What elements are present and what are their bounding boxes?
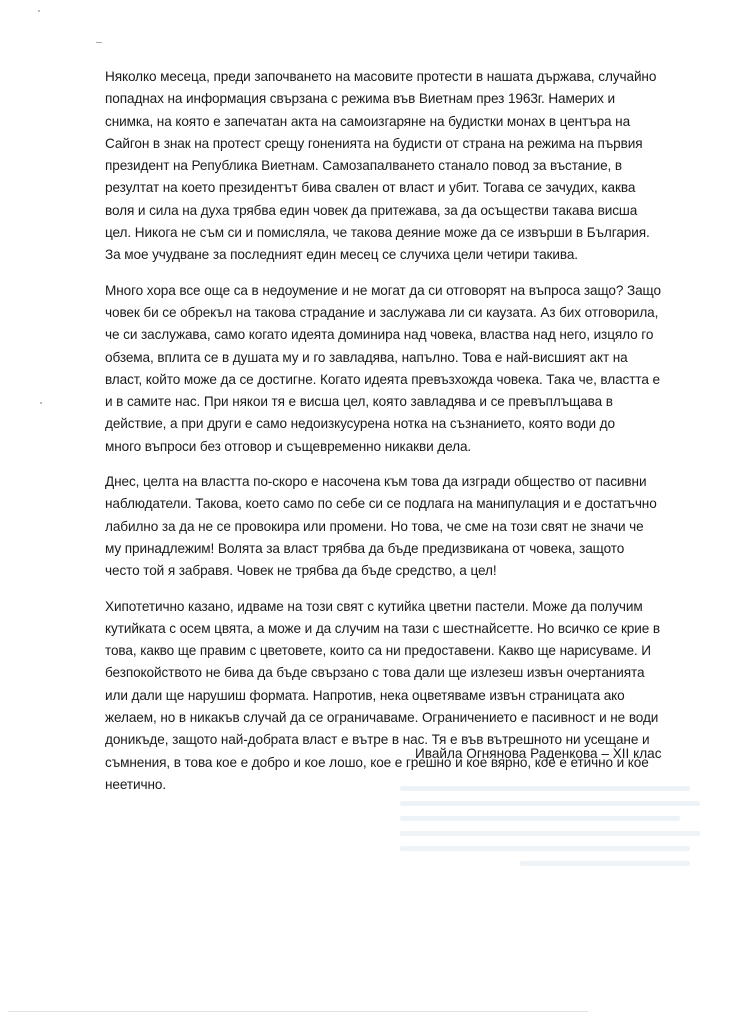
scan-speck	[38, 10, 40, 12]
scan-speck	[40, 402, 42, 404]
text-line: че си заслужава, само когато идеята доми…	[105, 324, 665, 346]
text-line: му принадлежим! Волята за власт трябва д…	[105, 538, 665, 560]
text-line: Днес, целта на властта по-скоро е насоче…	[105, 471, 665, 493]
bleed-line	[400, 786, 690, 791]
text-line: Сайгон в знак на протест срещу гоненията…	[105, 133, 665, 155]
paragraph-3: Днес, целта на властта по-скоро е насоче…	[105, 471, 665, 582]
text-line: безпокойството не бива да бъде свързано …	[105, 662, 665, 684]
author-signature: Ивайла Огнянова Раденкова – XII клас	[415, 746, 662, 761]
paragraph-1: Няколко месеца, преди започването на мас…	[105, 66, 665, 267]
text-line: Много хора все още са в недоумение и не …	[105, 280, 665, 302]
text-line: или дали ще нарушиш формата. Напротив, н…	[105, 685, 665, 707]
text-line: обзема, вплита се в душата му и го завла…	[105, 347, 665, 369]
bleed-line	[520, 861, 690, 866]
text-line: желаем, но в никакъв случай да се ограни…	[105, 707, 665, 729]
text-line: често той я забравя. Човек не трябва да …	[105, 560, 665, 582]
text-line: За мое учудване за последният един месец…	[105, 244, 665, 266]
text-line: резултат на което президентът бива свале…	[105, 177, 665, 199]
text-line: това, какво ще правим с цветовете, които…	[105, 640, 665, 662]
text-line: наблюдатели. Такова, което само по себе …	[105, 493, 665, 515]
text-line: Хипотетично казано, идваме на този свят …	[105, 596, 665, 618]
text-line: президент на Република Виетнам. Самозапа…	[105, 155, 665, 177]
text-line: снимка, на която е запечатан акта на сам…	[105, 111, 665, 133]
text-line: Няколко месеца, преди започването на мас…	[105, 66, 665, 88]
text-line: кутийката с осем цвята, а може и да случ…	[105, 618, 665, 640]
text-line: много въпроси без отговор и същевременно…	[105, 436, 665, 458]
text-line: власт, който може да се достигне. Когато…	[105, 369, 665, 391]
scan-edge-line	[8, 1011, 588, 1012]
bleed-line	[400, 801, 700, 806]
scan-speck	[96, 42, 102, 43]
paragraph-4: Хипотетично казано, идваме на този свят …	[105, 596, 665, 797]
bleed-line	[400, 831, 700, 836]
text-line: действие, а при други е само недоизкусур…	[105, 413, 665, 435]
scanned-page: Няколко месеца, преди започването на мас…	[0, 0, 744, 1024]
text-line: попаднах на информация свързана с режима…	[105, 88, 665, 110]
text-line: човек би се обрекъл на такова страдание …	[105, 302, 665, 324]
text-line: лабилно за да не се провокира или промен…	[105, 516, 665, 538]
text-line: и в самите нас. При някои тя е висша цел…	[105, 391, 665, 413]
bleed-through-marks	[400, 786, 700, 876]
text-line: воля и сила на духа трябва един човек да…	[105, 200, 665, 222]
paragraph-2: Много хора все още са в недоумение и не …	[105, 280, 665, 458]
bleed-line	[400, 816, 680, 821]
essay-body: Няколко месеца, преди започването на мас…	[105, 66, 665, 809]
text-line: цел. Никога не съм си и помисляла, че та…	[105, 222, 665, 244]
bleed-line	[400, 846, 690, 851]
